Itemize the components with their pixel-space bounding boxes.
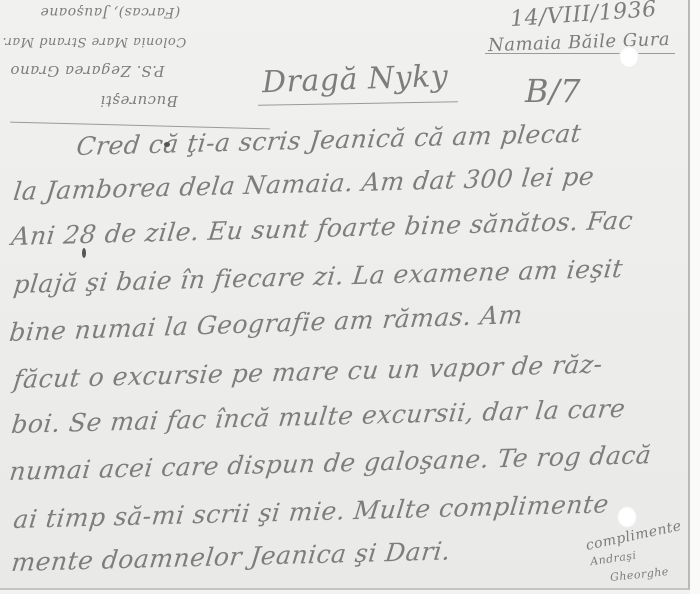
body-line-7: boi. Se mai fac încă multe excursii, dar… (10, 394, 627, 439)
reference-mark: B/7 (525, 72, 581, 110)
body-line-4: plajă şi baie în fiecare zi. La examene … (12, 254, 625, 299)
address-line-4: Bucureşti (100, 92, 178, 110)
ink-smudge (82, 248, 86, 258)
punch-hole-top (619, 46, 639, 68)
scan-edge (690, 0, 700, 594)
body-line-3: Ani 28 de zile. Eu sunt foarte bine sănă… (10, 206, 635, 251)
postcard: (Farcas), Jauşoane Colonia Mare Strand M… (0, 0, 690, 590)
address-line-2: Colonia Mare Strand Mar. (2, 34, 186, 49)
address-line-3: P.S. Zegarea Grano (10, 62, 165, 80)
body-line-6: făcut o excursie pe mare cu un vapor de … (12, 349, 604, 394)
body-line-10: mente doamnelor Jeanica şi Dari. (10, 536, 452, 577)
body-line-8: numai acei care dispun de galoşane. Te r… (8, 440, 653, 486)
address-line-1: (Farcas), Jauşoane (40, 4, 180, 20)
body-line-5: bine numai la Geografie am rămas. Am (8, 300, 524, 347)
signature-note-3: Gheorghe (609, 565, 669, 584)
header-date: 14/VIII/1936 (509, 0, 657, 32)
body-line-9: ai timp să-mi scrii şi mie. Multe compli… (12, 489, 611, 534)
body-line-2: la Jamborea dela Namaia. Am dat 300 lei … (12, 162, 596, 206)
header-underline (485, 53, 675, 54)
punch-hole-bottom (617, 506, 637, 528)
salutation: Dragă Nyky (261, 59, 448, 100)
salutation-underline (258, 101, 458, 105)
ink-smudge (164, 142, 170, 147)
